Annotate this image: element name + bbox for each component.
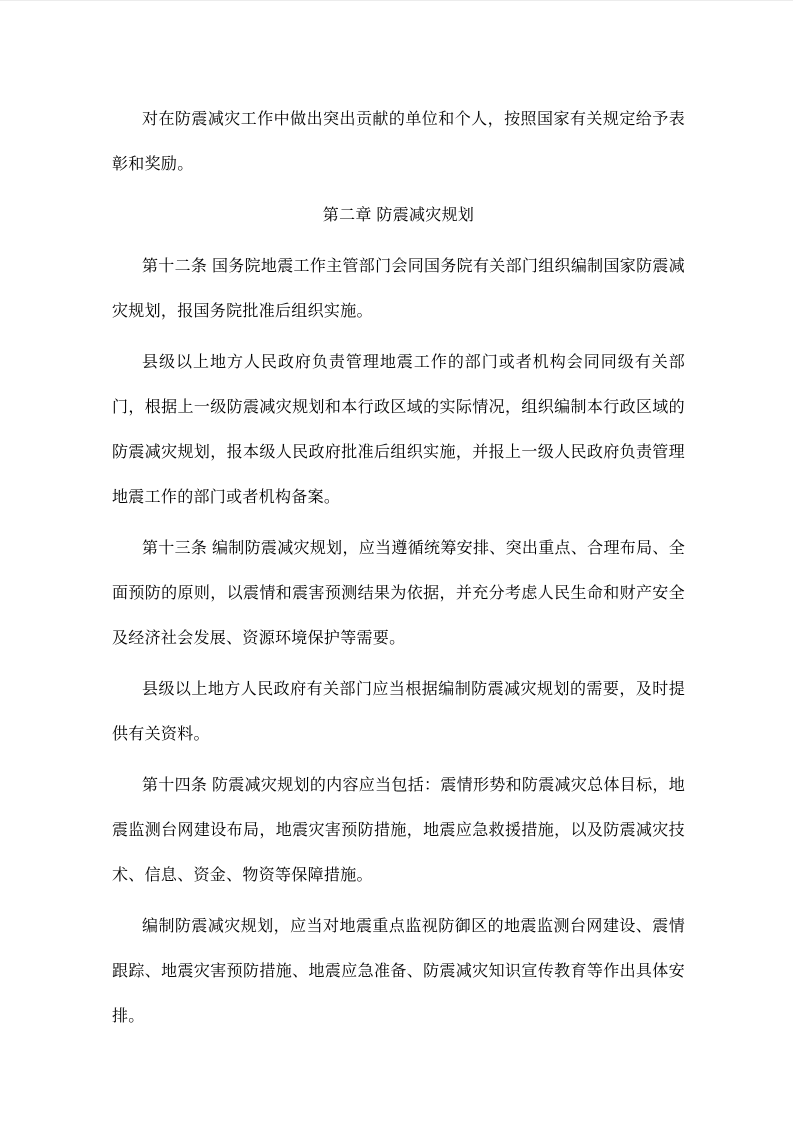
paragraph-article-14: 第十四条 防震减灾规划的内容应当包括：震情形势和防震减灾总体目标，地震监测台网建… <box>112 763 685 898</box>
document-page: 对在防震减灾工作中做出突出贡献的单位和个人，按照国家有关规定给予表彰和奖励。 第… <box>0 0 793 1122</box>
paragraph-award-commendation: 对在防震减灾工作中做出突出贡献的单位和个人，按照国家有关规定给予表彰和奖励。 <box>112 97 685 187</box>
paragraph-article-13-materials: 县级以上地方人民政府有关部门应当根据编制防震减灾规划的需要，及时提供有关资料。 <box>112 667 685 757</box>
paragraph-article-12-local: 县级以上地方人民政府负责管理地震工作的部门或者机构会同同级有关部门，根据上一级防… <box>112 340 685 520</box>
paragraph-article-14-arrangements: 编制防震减灾规划，应当对地震重点监视防御区的地震监测台网建设、震情跟踪、地震灾害… <box>112 904 685 1039</box>
chapter-heading: 第二章 防震减灾规划 <box>112 193 685 238</box>
paragraph-article-13: 第十三条 编制防震减灾规划，应当遵循统筹安排、突出重点、合理布局、全面预防的原则… <box>112 526 685 661</box>
paragraph-article-12: 第十二条 国务院地震工作主管部门会同国务院有关部门组织编制国家防震减灾规划，报国… <box>112 244 685 334</box>
